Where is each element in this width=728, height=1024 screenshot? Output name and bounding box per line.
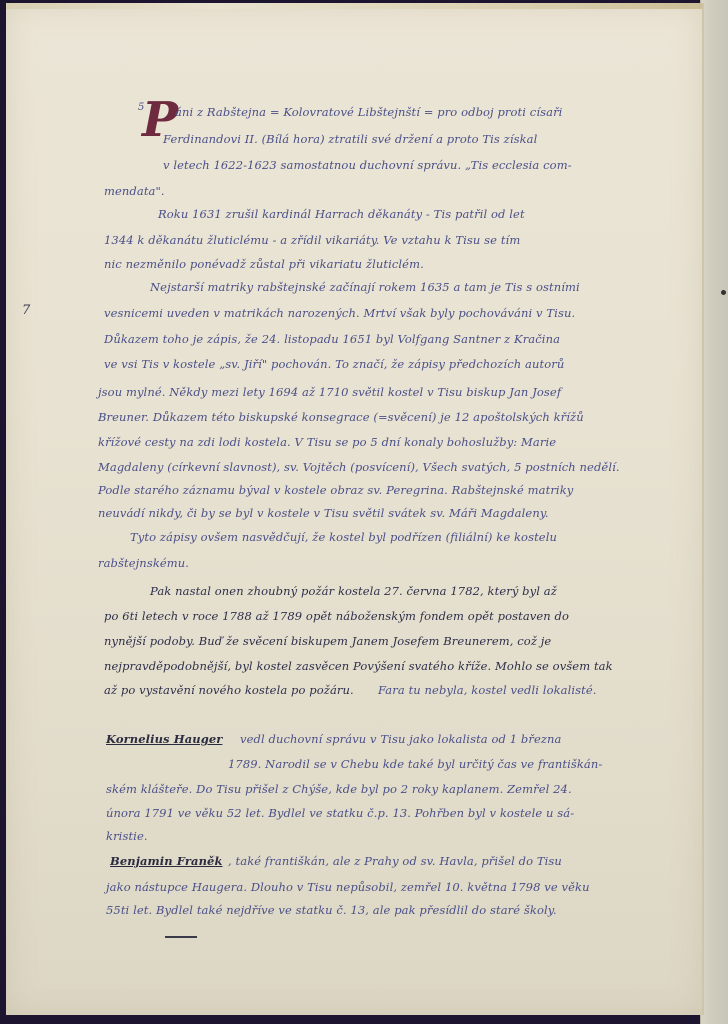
margin-mark: 7 — [22, 303, 30, 318]
text-line: nejpravděpodobnější, byl kostel zasvěcen… — [104, 659, 613, 673]
text-line: neuvádí nikdy, či by se byl v kostele v … — [98, 506, 549, 520]
text-line: áni z Rabštejna = Kolovratové Libštejnšt… — [175, 105, 562, 119]
text-line: jsou mylné. Někdy mezi lety 1694 až 1710… — [98, 385, 561, 399]
text-line: až po vystavění nového kostela po požáru… — [104, 683, 354, 697]
text-line: Magdaleny (církevní slavnost), sv. Vojtě… — [98, 460, 620, 474]
entry-text: února 1791 ve věku 52 let. Bydlel ve sta… — [106, 806, 574, 820]
text-line: Důkazem toho je zápis, že 24. listopadu … — [104, 332, 560, 346]
entry-name-franek: Benjamin Franěk — [110, 854, 223, 868]
text-line: Nejstarší matriky rabštejnské začínají r… — [150, 280, 580, 294]
text-line: Ferdinandovi II. (Bílá hora) ztratili sv… — [163, 132, 537, 146]
entry-text: vedl duchovní správu v Tisu jako lokalis… — [240, 732, 562, 746]
text-line: po 6ti letech v roce 1788 až 1789 opět n… — [104, 609, 569, 623]
text-line: Podle starého záznamu býval v kostele ob… — [98, 483, 573, 497]
text-line: křížové cesty na zdi lodi kostela. V Tis… — [98, 435, 556, 449]
entry-text: , také františkán, ale z Prahy od sv. Ha… — [228, 854, 562, 868]
end-dash — [165, 936, 197, 938]
text-line: rabštejnskému. — [98, 556, 189, 570]
text-line: v letech 1622-1623 samostatnou duchovní … — [163, 158, 572, 172]
text-line: Tyto zápisy ovšem nasvědčují, že kostel … — [130, 530, 557, 544]
text-line: Breuner. Důkazem této biskupské konsegra… — [98, 410, 584, 424]
pin-hole — [721, 290, 726, 295]
entry-text: ském klášteře. Do Tisu přišel z Chýše, k… — [106, 782, 572, 796]
text-line: ve vsi Tis v kostele „sv. Jiří" pochován… — [104, 357, 564, 371]
text-line: Roku 1631 zrušil kardinál Harrach děkaná… — [158, 207, 525, 221]
text-line-annotation: Fara tu nebyla, kostel vedli lokalisté. — [378, 683, 597, 697]
backing-board — [700, 0, 728, 1024]
text-line: Pak nastal onen zhoubný požár kostela 27… — [150, 584, 557, 598]
text-line: nic nezměnilo ponévadž zůstal při vikari… — [104, 257, 424, 271]
entry-name-hauger: Kornelius Hauger — [106, 732, 222, 746]
entry-text: 1789. Narodil se v Chebu kde také byl ur… — [228, 757, 602, 771]
text-line: vesnicemi uveden v matrikách narozených.… — [104, 306, 575, 320]
text-line: mendata". — [104, 184, 165, 198]
entry-text: jako nástupce Haugera. Dlouho v Tisu nep… — [106, 880, 590, 894]
entry-text: kristie. — [106, 829, 148, 843]
text-line: nynější podoby. Buď že svěcení biskupem … — [104, 634, 551, 648]
entry-text: 55ti let. Bydlel také nejdříve ve statku… — [106, 903, 557, 917]
text-line: 1344 k děkanátu žluticlému - a zřídil vi… — [104, 233, 520, 247]
